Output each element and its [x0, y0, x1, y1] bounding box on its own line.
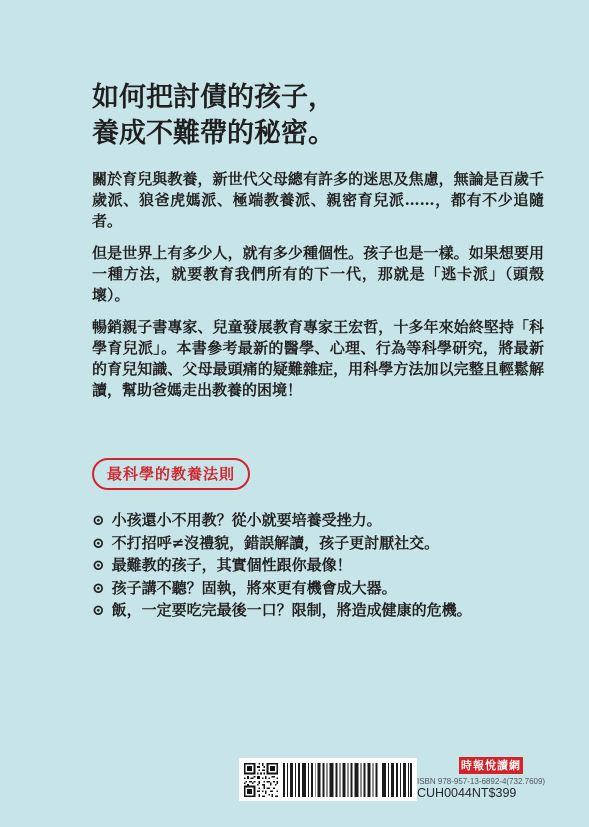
intro-paragraph-1: 關於育兒與教養，新世代父母總有許多的迷思及焦慮，無論是百歲千歲派、狼爸虎媽派、極…: [92, 169, 544, 232]
tagline-line-2: 養成不難帶的秘密。: [92, 116, 544, 152]
rule-item-2: ⊙ 不打招呼≠沒禮貌，錯誤解讀，孩子更討厭社交。: [92, 532, 544, 555]
rules-list: ⊙ 小孩還小不用教？從小就要培養受挫力。 ⊙ 不打招呼≠沒禮貌，錯誤解讀，孩子更…: [92, 509, 544, 622]
rule-item-3: ⊙ 最難教的孩子，其實個性跟你最像！: [92, 554, 544, 577]
barcode-panel: [239, 758, 417, 801]
book-tagline: 如何把討債的孩子， 養成不難帶的秘密。: [92, 80, 544, 152]
intro-section: 關於育兒與教養，新世代父母總有許多的迷思及焦慮，無論是百歲千歲派、狼爸虎媽派、極…: [92, 169, 544, 401]
rule-item-1: ⊙ 小孩還小不用教？從小就要培養受挫力。: [92, 509, 544, 532]
circled-dot-bullet-icon: ⊙: [92, 577, 105, 600]
cover-content: 如何把討債的孩子， 養成不難帶的秘密。 關於育兒與教養，新世代父母總有許多的迷思…: [0, 0, 589, 622]
product-code-row: CUH0044 NT$399: [417, 786, 510, 800]
ean-barcode: [283, 763, 412, 797]
price: NT$399: [472, 786, 516, 800]
rule-item-text: 飯，一定要吃完最後一口？限制，將造成健康的危機。: [112, 599, 472, 622]
book-back-cover: 如何把討債的孩子， 養成不難帶的秘密。 關於育兒與教養，新世代父母總有許多的迷思…: [0, 0, 589, 827]
tagline-line-1: 如何把討債的孩子，: [92, 80, 544, 116]
intro-paragraph-3: 暢銷親子書專家、兒童發展教育專家王宏哲，十多年來始終堅持「科學育兒派」。本書參考…: [92, 317, 544, 401]
rule-item-text: 最難教的孩子，其實個性跟你最像！: [112, 554, 352, 577]
publisher-logo: 時報悅讀網: [459, 757, 523, 774]
rules-badge: 最科學的教養法則: [92, 458, 250, 490]
qr-code-icon: [244, 763, 278, 797]
circled-dot-bullet-icon: ⊙: [92, 599, 105, 622]
rule-item-5: ⊙ 飯，一定要吃完最後一口？限制，將造成健康的危機。: [92, 599, 544, 622]
circled-dot-bullet-icon: ⊙: [92, 554, 105, 577]
rule-item-4: ⊙ 孩子講不聽？固執，將來更有機會成大器。: [92, 577, 544, 600]
circled-dot-bullet-icon: ⊙: [92, 532, 105, 555]
rule-item-text: 不打招呼≠沒禮貌，錯誤解讀，孩子更討厭社交。: [112, 532, 440, 555]
isbn-text: ISBN 978-957-13-6892-4(732.7609): [417, 777, 545, 786]
rule-item-text: 孩子講不聽？固執，將來更有機會成大器。: [112, 577, 397, 600]
rule-item-text: 小孩還小不用教？從小就要培養受挫力。: [112, 509, 382, 532]
product-code: CUH0044: [417, 786, 472, 800]
circled-dot-bullet-icon: ⊙: [92, 509, 105, 532]
intro-paragraph-2: 但是世界上有多少人，就有多少種個性。孩子也是一樣。如果想要用一種方法，就要教育我…: [92, 243, 544, 306]
